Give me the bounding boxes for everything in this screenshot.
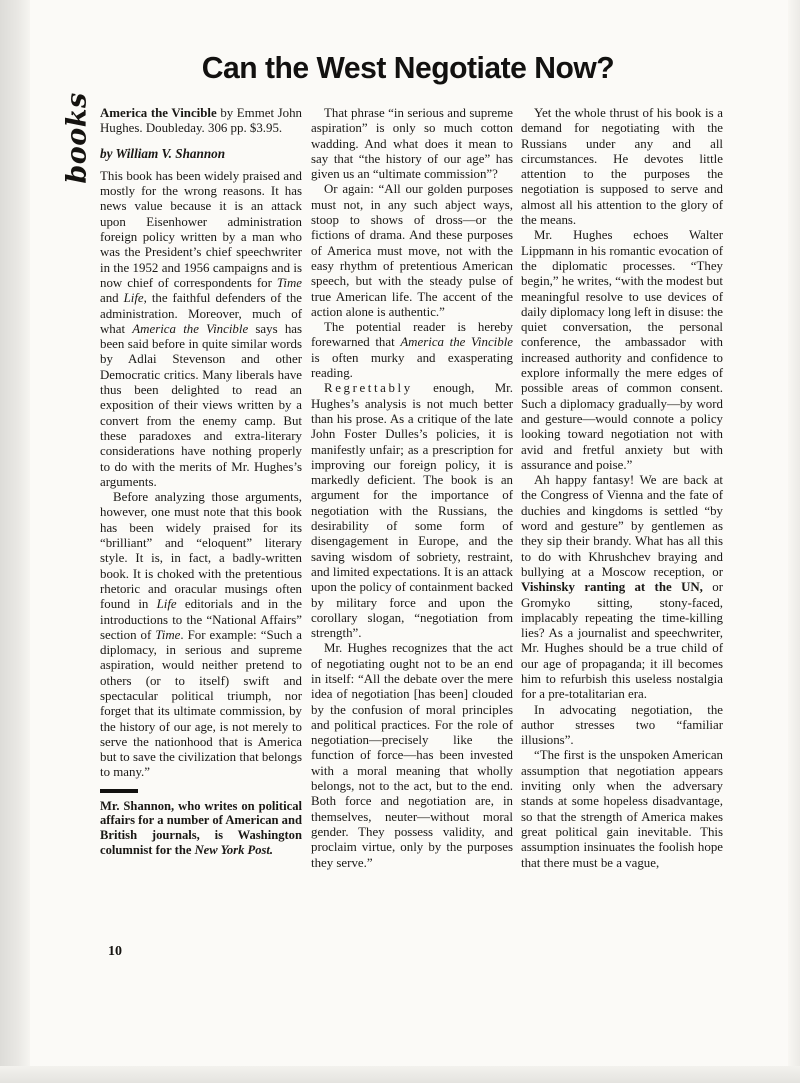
text-segment: This book has been widely praised and mo… <box>100 169 302 290</box>
page-number: 10 <box>108 944 122 960</box>
column-middle: That phrase “in serious and supreme aspi… <box>311 106 513 871</box>
section-label-books: books <box>62 92 93 183</box>
paragraph: The potential reader is hereby forewarne… <box>311 320 513 381</box>
paragraph: Regrettably enough, Mr. Hughes’s analysi… <box>311 381 513 641</box>
paragraph: “The first is the unspoken American assu… <box>521 748 723 870</box>
paragraph: Yet the whole thrust of his book is a de… <box>521 106 723 228</box>
scan-edge-bottom <box>0 1066 800 1083</box>
text-segment: is often murky and exasperating reading. <box>311 351 513 380</box>
text-segment: America the Vincible <box>400 335 513 349</box>
text-segment: In advocating negotiation, the author st… <box>521 703 723 748</box>
text-segment: Mr. Hughes echoes Walter Lippmann in his… <box>521 228 723 471</box>
text-segment: Or again: “All our golden purposes must … <box>311 182 513 318</box>
article-title: Can the West Negotiate Now? <box>101 50 714 86</box>
scan-edge-right <box>788 0 800 1083</box>
text-segment: . For example: “Such a diplomacy, in ser… <box>100 628 302 780</box>
text-segment: Time <box>277 276 302 290</box>
paragraph: In advocating negotiation, the author st… <box>521 703 723 749</box>
text-segment: by William V. Shannon <box>100 146 225 161</box>
paragraph: Mr. Hughes recognizes that the act of ne… <box>311 641 513 870</box>
text-segment: Vishinsky ranting at the UN, <box>521 580 703 594</box>
text-segment: That phrase “in serious and supreme aspi… <box>311 106 513 181</box>
column-right: Yet the whole thrust of his book is a de… <box>521 106 723 871</box>
column-left: America the Vincible by Emmet John Hughe… <box>100 106 302 858</box>
scan-edge-left <box>0 0 30 1083</box>
text-segment: Ah happy fantasy! We are back at the Con… <box>521 473 723 579</box>
text-segment: Life <box>157 597 177 611</box>
text-segment: Mr. Hughes recognizes that the act of ne… <box>311 641 513 869</box>
text-segment: New York Post. <box>195 843 273 857</box>
byline: by William V. Shannon <box>100 146 302 161</box>
text-segment: “The first is the unspoken American assu… <box>521 748 723 869</box>
text-segment: Regrettably <box>324 381 413 395</box>
text-segment: Life <box>124 291 144 305</box>
paragraph: Mr. Hughes echoes Walter Lippmann in his… <box>521 228 723 473</box>
reviewer-note: Mr. Shannon, who writes on political aff… <box>100 799 302 858</box>
text-segment: or Gromyko sitting, stony-faced, implaca… <box>521 580 723 701</box>
paragraph: This book has been widely praised and mo… <box>100 169 302 490</box>
paragraph: Or again: “All our golden purposes must … <box>311 182 513 320</box>
book-info: America the Vincible by Emmet John Hughe… <box>100 106 302 137</box>
text-segment: America the Vincible <box>132 322 248 336</box>
text-segment: enough, Mr. Hughes’s analysis is not muc… <box>311 381 513 640</box>
text-segment: and <box>100 291 124 305</box>
text-segment: says has been said before in quite simil… <box>100 322 302 489</box>
text-segment: Time <box>155 628 180 642</box>
paragraph: Ah happy fantasy! We are back at the Con… <box>521 473 723 702</box>
text-segment: Before analyzing those arguments, howeve… <box>100 490 302 611</box>
text-segment: Yet the whole thrust of his book is a de… <box>521 106 723 227</box>
text-segment: America the Vincible <box>100 106 217 120</box>
paragraph: That phrase “in serious and supreme aspi… <box>311 106 513 182</box>
paragraph: Before analyzing those arguments, howeve… <box>100 490 302 781</box>
footnote-divider <box>100 789 138 793</box>
